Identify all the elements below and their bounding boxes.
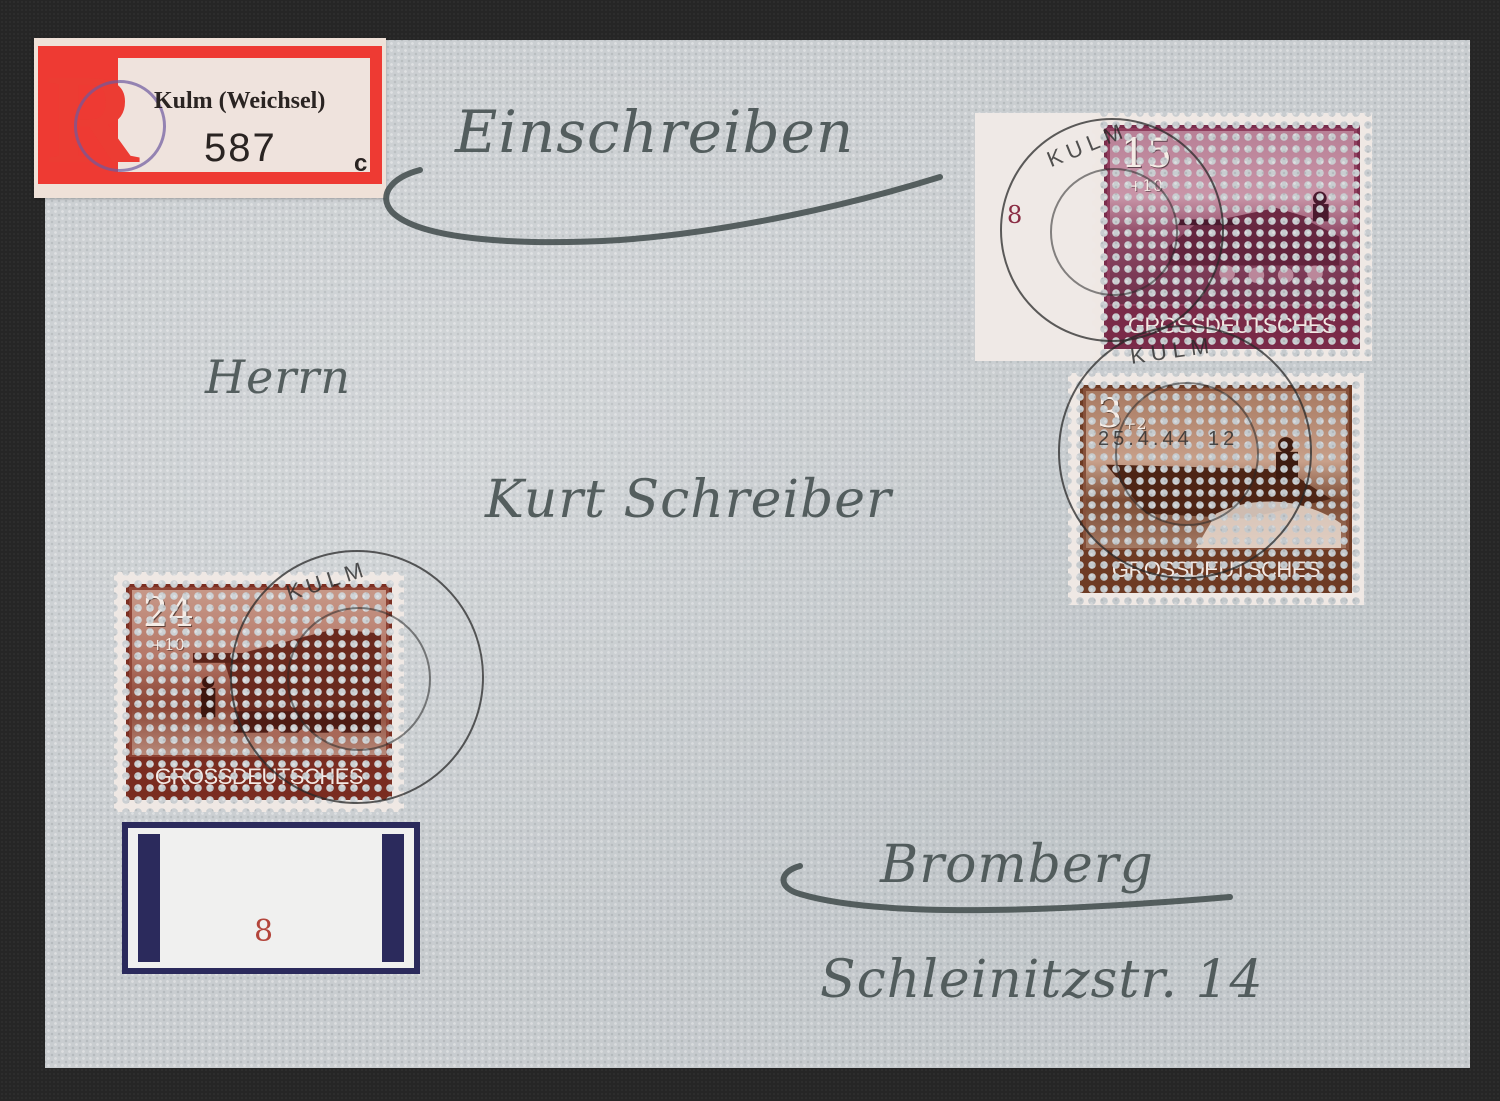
selvage-number: 8 [254, 914, 273, 949]
stamp-surcharge: +10 [1129, 176, 1163, 195]
stamp-country: GROSSDEUTSCHES REICH [1083, 550, 1349, 590]
registration-label: R Kulm (Weichsel) 587 c [34, 38, 386, 198]
stamp-tank: 15 +10 GROSSDEUTSCHES REICH [1092, 113, 1372, 361]
stamp-design: 15 +10 GROSSDEUTSCHES REICH [1104, 125, 1360, 349]
sheet-selvage-label: 8 [122, 822, 420, 974]
registration-series: c [354, 150, 367, 178]
handwritten-recipient-name: Kurt Schreiber [485, 470, 892, 530]
postmark-date: 25.4.44 [1098, 428, 1193, 451]
stamp-design: 24 +10 GROSSDEUTSCHES REICH [126, 584, 392, 800]
stamp-boat: 3 +2 GROSSDEUTSCHES REICH [1068, 373, 1364, 605]
postmark-hour: 12 [1208, 428, 1238, 451]
handwritten-city: Bromberg [880, 835, 1154, 895]
handwritten-service-note: Einschreiben [455, 98, 854, 166]
handwritten-street: Schleinitzstr. 14 [820, 950, 1264, 1010]
handwritten-salutation: Herrn [205, 350, 351, 404]
stamp-value: 24 [143, 593, 194, 633]
stamp-country: GROSSDEUTSCHES REICH [129, 757, 389, 797]
stamp-country: GROSSDEUTSCHES REICH [1107, 306, 1357, 346]
sheet-margin-number: 8 [1007, 201, 1022, 229]
stamp-design: 3 +2 GROSSDEUTSCHES REICH [1080, 385, 1352, 593]
violet-handstamp-ring [74, 80, 166, 172]
registration-number: 587 [204, 126, 277, 171]
stamp-railway-gun: 24 +10 GROSSDEUTSCHES REICH [114, 572, 404, 812]
stamp-surcharge: +10 [151, 635, 185, 654]
registration-office: Kulm (Weichsel) [154, 88, 325, 115]
